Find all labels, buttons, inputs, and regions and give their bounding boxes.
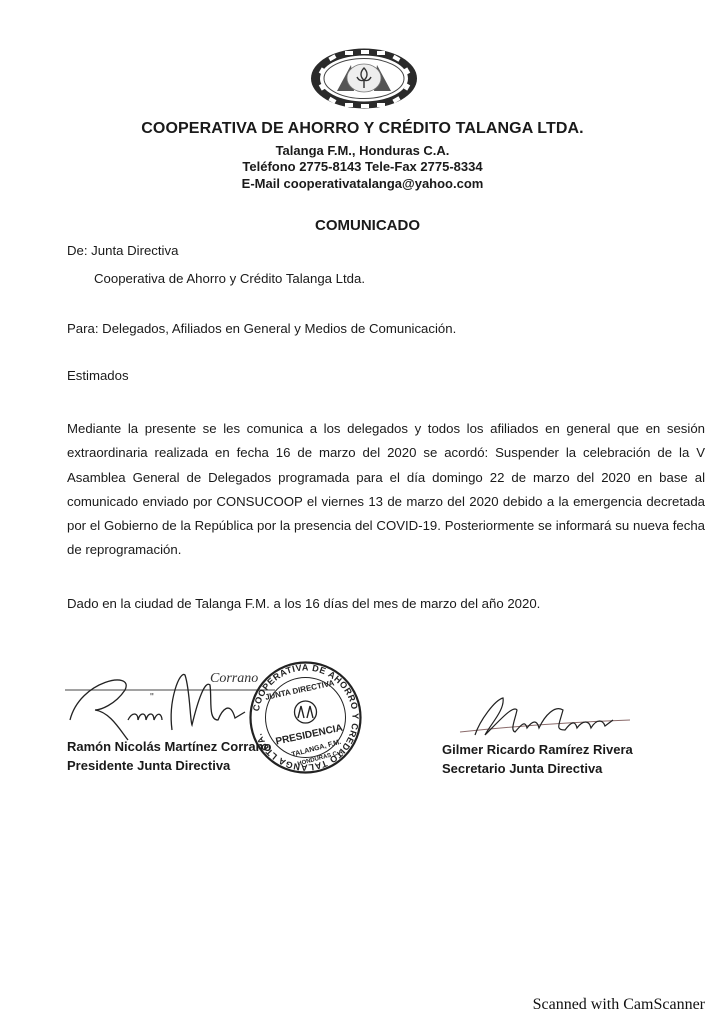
secretary-signature-block: Gilmer Ricardo Ramírez Rivera Secretario… (442, 740, 633, 778)
president-signature-block: Ramón Nicolás Martínez Corrano President… (67, 737, 271, 775)
organization-phones: Teléfono 2775-8143 Tele-Fax 2775-8334 (0, 159, 725, 174)
president-role: Presidente Junta Directiva (67, 756, 271, 775)
document-title: COMUNICADO (0, 217, 725, 234)
greeting: Estimados (67, 368, 129, 383)
organization-location: Talanga F.M., Honduras C.A. (0, 143, 725, 158)
to-line: Para: Delegados, Afiliados en General y … (67, 321, 456, 336)
scanner-watermark: Scanned with CamScanner (533, 996, 705, 1014)
from-line: De: Junta Directiva (67, 243, 178, 258)
body-paragraph: Mediante la presente se les comunica a l… (67, 417, 705, 563)
from-organization: Cooperativa de Ahorro y Crédito Talanga … (94, 271, 365, 286)
closing-line: Dado en la ciudad de Talanga F.M. a los … (67, 596, 540, 611)
secretary-name: Gilmer Ricardo Ramírez Rivera (442, 740, 633, 759)
secretary-signature (455, 690, 635, 745)
president-name: Ramón Nicolás Martínez Corrano (67, 737, 271, 756)
cooperative-seal-icon (309, 47, 419, 110)
organization-name: COOPERATIVA DE AHORRO Y CRÉDITO TALANGA … (0, 120, 725, 138)
svg-text:'': '' (150, 692, 154, 703)
organization-email: E-Mail cooperativatalanga@yahoo.com (0, 176, 725, 191)
secretary-role: Secretario Junta Directiva (442, 759, 633, 778)
